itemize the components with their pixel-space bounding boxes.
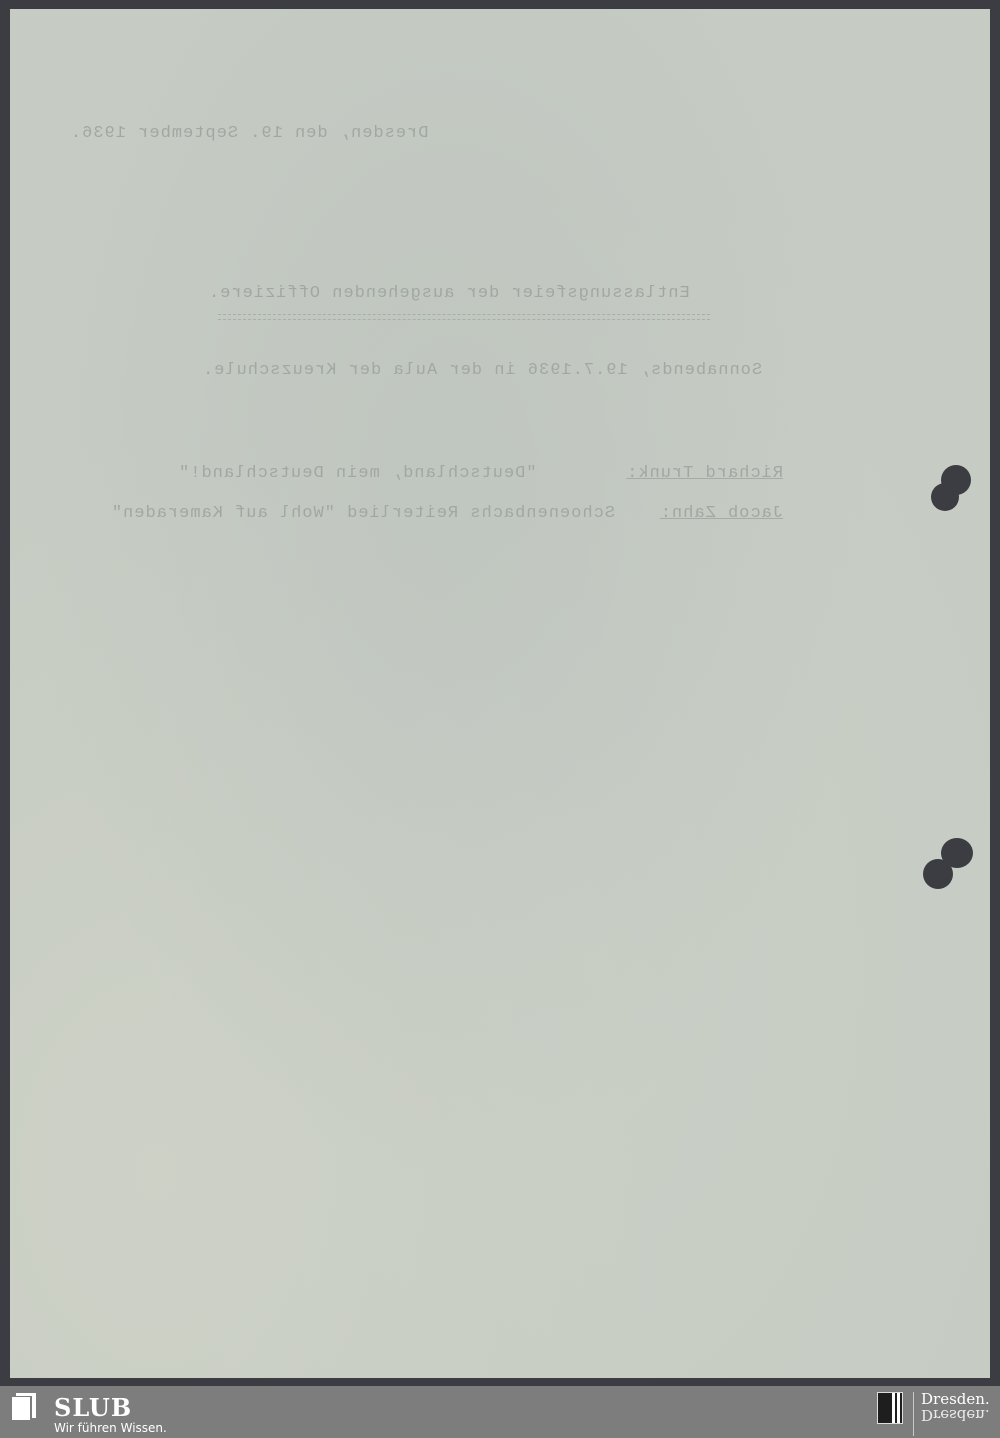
- performer: Richard Trunk:: [626, 464, 783, 483]
- piece: "Deutschland, mein Deutschland!": [178, 464, 536, 483]
- title-double-underline: [218, 314, 710, 320]
- program-row-2: Jacob Zahn: Schoenenbachs Reiterlied "Wo…: [78, 504, 783, 523]
- program-row-1: Richard Trunk: "Deutschland, mein Deutsc…: [158, 464, 783, 483]
- slub-brand[interactable]: SLUB: [54, 1393, 132, 1422]
- date-line: Dresden, den 19. September 1936.: [70, 124, 428, 143]
- document-title: Entlassungsfeier der ausgehenden Offizie…: [208, 284, 690, 303]
- document-page: Dresden, den 19. September 1936. Entlass…: [10, 9, 990, 1378]
- performer: Jacob Zahn:: [660, 504, 783, 523]
- slub-tagline: Wir führen Wissen.: [54, 1421, 167, 1435]
- footer-bar: SLUB Wir führen Wissen. Dresden. Dresden…: [0, 1386, 1000, 1438]
- slub-logo-icon: [12, 1393, 38, 1420]
- dresden-logo-reflection: Dresden.: [921, 1406, 990, 1424]
- footer-divider: [913, 1392, 914, 1436]
- event-subtitle: Sonnabends, 19.7.1936 in der Aula der Kr…: [202, 361, 762, 380]
- piece: Schoenenbachs Reiterlied "Wohl auf Kamer…: [111, 504, 615, 523]
- dresden-crest-icon: [877, 1392, 903, 1424]
